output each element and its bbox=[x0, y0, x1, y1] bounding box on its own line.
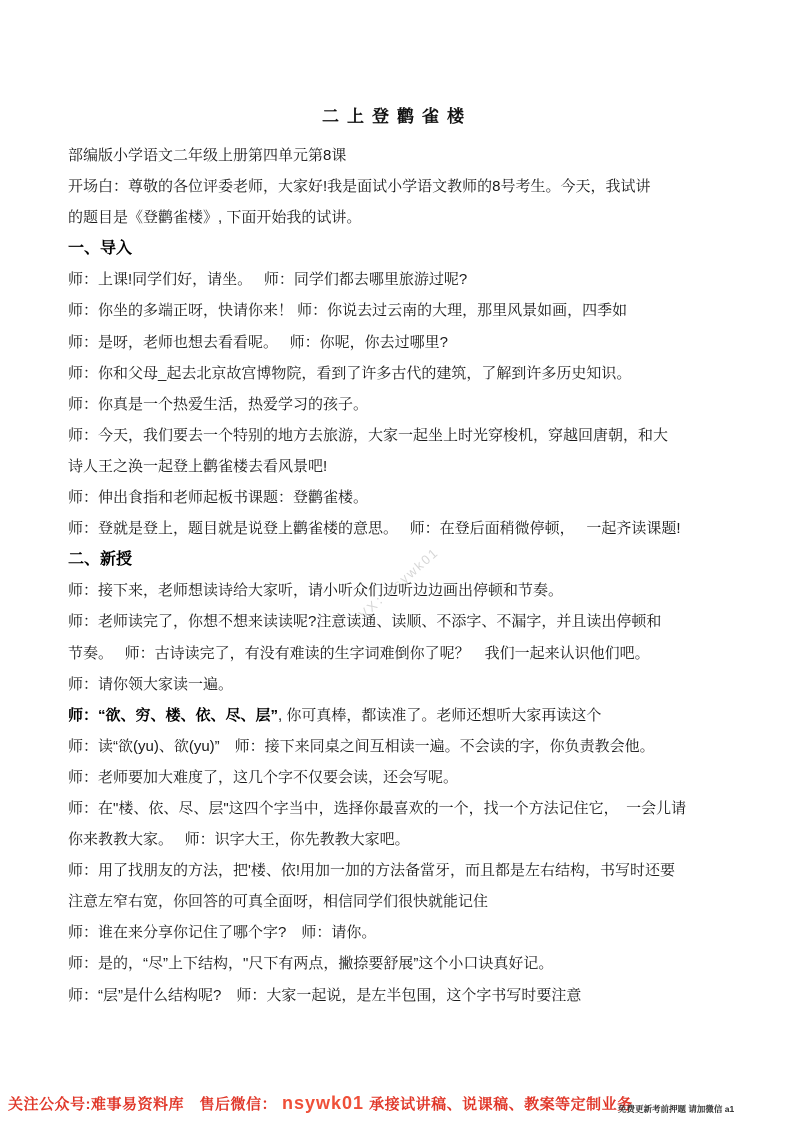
script-line-text: 师：接下来，老师想读诗给大家听，请小听众们边听边边画出停顿和节奏。 bbox=[68, 582, 563, 599]
script-line-text: 注意左窄右宽，你回答的可真全面呀，相信同学们很快就能记住 bbox=[68, 893, 488, 910]
script-line-text: 师：“层”是什么结构呢? 师：大家一起说，是左半包围，这个字书写时要注意 bbox=[68, 987, 581, 1004]
footer-wechat-id: nsywk01 bbox=[277, 1093, 369, 1113]
script-line: 你来教教大家。 师：识字大王，你先教教大家吧。 bbox=[68, 824, 732, 855]
script-line: 师：上课!同学们好，请坐。 师：同学们都去哪里旅游过呢? bbox=[68, 264, 732, 295]
script-line-text: 师：今天，我们要去一个特别的地方去旅游，大家一起坐上时光穿梭机，穿越回唐朝，和大 bbox=[68, 427, 668, 444]
script-line-text: 的题目是《登鹳雀楼》, 下面开始我的试讲。 bbox=[68, 209, 361, 226]
script-line: 师：谁在来分享你记住了哪个字? 师：请你。 bbox=[68, 917, 732, 948]
script-line: 节奏。 师：古诗读完了，有没有难读的生字词难倒你了呢？ 我们一起来认识他们吧。 bbox=[68, 638, 732, 669]
page-title: 二上登鹳雀楼 bbox=[0, 102, 794, 127]
script-line: 师：登就是登上，题目就是说登上鹳雀楼的意思。 师：在登后面稍微停顿， 一起齐读课… bbox=[68, 513, 732, 544]
script-line-text: 开场白：尊敬的各位评委老师，大家好!我是面试小学语文教师的8号考生。今天，我试讲 bbox=[68, 178, 651, 195]
script-line: 师：伸出食指和老师起板书课题：登鹳雀楼。 bbox=[68, 482, 732, 513]
script-line-text: 师：是呀，老师也想去看看呢。 师：你呢，你去过哪里? bbox=[68, 334, 448, 351]
footer-promo-label: 关注公众号:难事易资料库 售后微信： bbox=[8, 1096, 277, 1113]
script-line: 师：是的，“尽”上下结构，"尺下有两点，撇捺要舒展”这个小口诀真好记。 bbox=[68, 948, 732, 979]
script-line-text: , 你可真棒，都读准了。老师还想听大家再读这个 bbox=[278, 707, 601, 724]
script-line-text: 节奏。 师：古诗读完了，有没有难读的生字词难倒你了呢？ 我们一起来认识他们吧。 bbox=[68, 645, 650, 662]
script-line: 师：是呀，老师也想去看看呢。 师：你呢，你去过哪里? bbox=[68, 327, 732, 358]
script-line-text: 师：读“欲(yu)、欲(yu)” 师：接下来同桌之间互相读一遍。不会读的字，你负… bbox=[68, 738, 655, 755]
script-line-text: 师：登就是登上，题目就是说登上鹳雀楼的意思。 师：在登后面稍微停顿， 一起齐读课… bbox=[68, 520, 681, 537]
script-line-text: 师：伸出食指和老师起板书课题：登鹳雀楼。 bbox=[68, 489, 368, 506]
script-line-text: 二、新授 bbox=[68, 551, 132, 568]
script-line-text: 师：用了找朋友的方法，把'楼、依!用加一加的方法备當牙，而且都是左右结构，书写时… bbox=[68, 862, 675, 879]
script-line-text: 师：你和父母_起去北京故宫博物院，看到了许多古代的建筑，了解到许多历史知识。 bbox=[68, 365, 631, 382]
script-line: 部编版小学语文二年级上册第四单元第8课 bbox=[68, 140, 732, 171]
script-line: 师：老师要加大难度了，这几个字不仅要会读，还会写呢。 bbox=[68, 762, 732, 793]
footer-promo: 关注公众号:难事易资料库 售后微信：nsywk01承接试讲稿、说课稿、教案等定制… bbox=[8, 1093, 608, 1114]
script-line: 一、导入 bbox=[68, 233, 732, 264]
script-line: 师：读“欲(yu)、欲(yu)” 师：接下来同桌之间互相读一遍。不会读的字，你负… bbox=[68, 731, 732, 762]
script-line-text: 师：谁在来分享你记住了哪个字? 师：请你。 bbox=[68, 924, 376, 941]
script-line-text: 师：是的，“尽”上下结构，"尺下有两点，撇捺要舒展”这个小口诀真好记。 bbox=[68, 955, 553, 972]
script-line: 师：今天，我们要去一个特别的地方去旅游，大家一起坐上时光穿梭机，穿越回唐朝，和大 bbox=[68, 420, 732, 451]
script-line: 师：你和父母_起去北京故宫博物院，看到了许多古代的建筑，了解到许多历史知识。 bbox=[68, 358, 732, 389]
script-line: 诗人王之涣一起登上鹳雀楼去看风景吧! bbox=[68, 451, 732, 482]
footer-promo-services: 承接试讲稿、说课稿、教案等定制业务 bbox=[369, 1096, 633, 1113]
script-line-text: 你来教教大家。 师：识字大王，你先教教大家吧。 bbox=[68, 831, 410, 848]
script-line: 师：老师读完了，你想不想来读读呢?注意读通、读顺、不添字、不漏字，并且读出停顿和 bbox=[68, 606, 732, 637]
script-line-text: 师：你坐的多端正呀，快请你来！ 师：你说去过云南的大理，那里风景如画，四季如 bbox=[68, 302, 627, 319]
script-line-text: 师：上课!同学们好，请坐。 师：同学们都去哪里旅游过呢? bbox=[68, 271, 467, 288]
script-line-text: 部编版小学语文二年级上册第四单元第8课 bbox=[68, 147, 346, 164]
script-line-bold: 师：“欲、穷、楼、依、尽、层” bbox=[68, 707, 278, 724]
script-line-text: 师：你真是一个热爱生活，热爱学习的孩子。 bbox=[68, 396, 368, 413]
script-line: 的题目是《登鹳雀楼》, 下面开始我的试讲。 bbox=[68, 202, 732, 233]
script-line: 开场白：尊敬的各位评委老师，大家好!我是面试小学语文教师的8号考生。今天，我试讲 bbox=[68, 171, 732, 202]
footer-note: 免费更新考前押题 请加微信 a1 bbox=[618, 1103, 788, 1115]
script-line: 师：请你领大家读一遍。 bbox=[68, 669, 732, 700]
script-line: 师：在"楼、依、尽、层"这四个字当中，选择你最喜欢的一个，找一个方法记住它， 一… bbox=[68, 793, 732, 824]
script-line-text: 师：老师要加大难度了，这几个字不仅要会读，还会写呢。 bbox=[68, 769, 458, 786]
script-line: 师：“欲、穷、楼、依、尽、层”, 你可真棒，都读准了。老师还想听大家再读这个 bbox=[68, 700, 732, 731]
script-line-text: 诗人王之涣一起登上鹳雀楼去看风景吧! bbox=[68, 458, 327, 475]
script-line: 师：“层”是什么结构呢? 师：大家一起说，是左半包围，这个字书写时要注意 bbox=[68, 980, 732, 1011]
document-page: 二上登鹳雀楼 部编版小学语文二年级上册第四单元第8课开场白：尊敬的各位评委老师，… bbox=[0, 0, 794, 1122]
script-line: 师：你真是一个热爱生活，热爱学习的孩子。 bbox=[68, 389, 732, 420]
script-line: 师：用了找朋友的方法，把'楼、依!用加一加的方法备當牙，而且都是左右结构，书写时… bbox=[68, 855, 732, 886]
script-line-text: 师：请你领大家读一遍。 bbox=[68, 676, 233, 693]
script-line-text: 一、导入 bbox=[68, 240, 132, 257]
script-line-text: 师：在"楼、依、尽、层"这四个字当中，选择你最喜欢的一个，找一个方法记住它， 一… bbox=[68, 800, 686, 817]
script-line: 注意左窄右宽，你回答的可真全面呀，相信同学们很快就能记住 bbox=[68, 886, 732, 917]
script-line: 师：你坐的多端正呀，快请你来！ 师：你说去过云南的大理，那里风景如画，四季如 bbox=[68, 295, 732, 326]
